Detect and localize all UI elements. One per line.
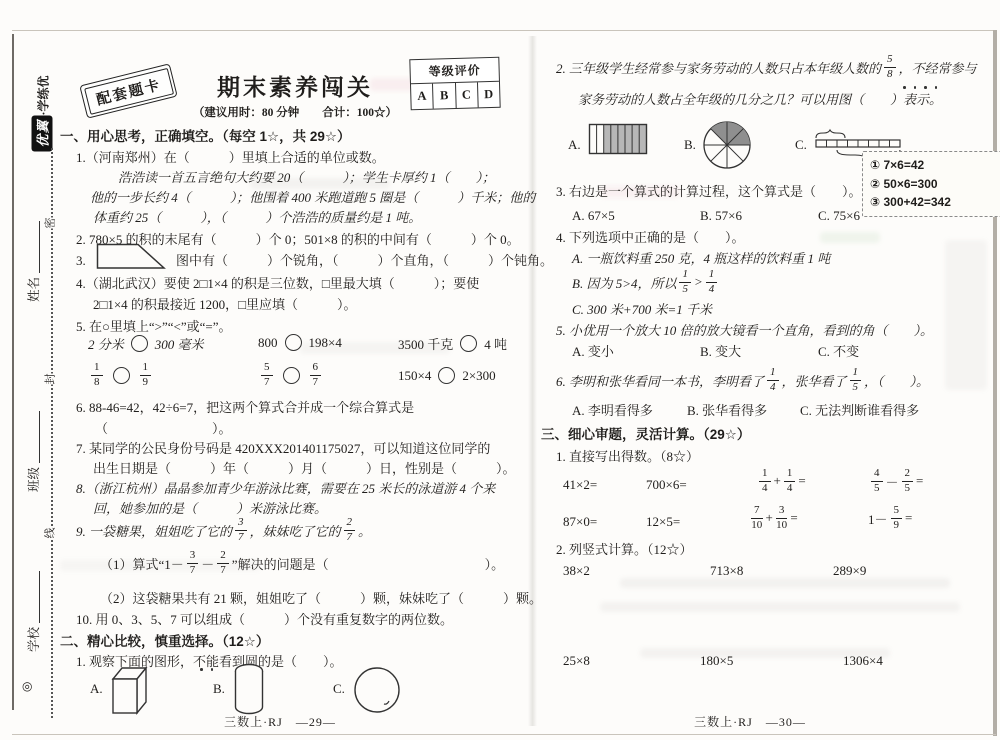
seal-char-1: 密 <box>41 218 59 229</box>
bleed-through-artifact <box>820 232 880 243</box>
q1-line4: 体重约 25（ ），（ ）个浩浩的质量约是 1 吨。 <box>93 209 421 227</box>
q7-line2: 出生日期是（ ）年（ ）月（ ）日，性别是（ ）。 <box>93 460 516 478</box>
calc-step-1: ① 7×6=42 <box>870 156 996 175</box>
compare-circle <box>285 334 302 351</box>
compare-circle <box>113 367 130 384</box>
binding-line <box>51 148 53 718</box>
fraction: 59 <box>891 505 903 531</box>
name-label: 姓名 <box>27 277 41 302</box>
option-b-label: B. <box>213 680 225 698</box>
r-q3-option-a: A. 67×5 <box>572 207 615 225</box>
grade-box-header: 等级评价 <box>410 58 499 84</box>
compare-item-6: 150×42×300 <box>398 367 496 384</box>
bleed-through-artifact <box>620 578 950 588</box>
corner-mark: ◎ <box>22 678 32 694</box>
sphere-figure <box>351 666 403 716</box>
r-q5-option-a: A. 变小 <box>572 343 614 361</box>
name-blank-line <box>39 221 40 273</box>
sec3-q2-heading: 2. 列竖式计算。（12☆） <box>556 541 693 559</box>
sec3-q1-heading: 1. 直接写出得数。（8☆） <box>556 448 699 466</box>
fraction: 45 <box>871 468 883 494</box>
fraction: 14 <box>767 367 779 393</box>
q6-line1: 6. 88-46=42，42÷6=7，把这两个算式合并成一个综合算式是 <box>76 399 414 417</box>
compare-circle <box>438 367 455 384</box>
r-q4-option-c: C. 300 米+700 米=1 千米 <box>572 301 712 319</box>
q9-sub1-line: （1）算式“1－ 37 － 27 ”解决的问题是（ ）。 <box>100 548 504 578</box>
class-field: 班级 <box>24 400 42 492</box>
oral-calc-5: 87×0= <box>563 513 597 531</box>
oral-calc-1: 41×2= <box>563 476 597 494</box>
bleed-through-artifact <box>600 602 960 612</box>
school-label: 学校 <box>27 627 41 652</box>
r-q4-line: 4. 下列选项中正确的是（ ）。 <box>556 229 745 247</box>
option-a-label: A. <box>90 680 103 698</box>
q4-line2: 2□1×4 的积最接近 1200，□里应填（ ）。 <box>93 296 357 314</box>
r-q2-line2: 家务劳动的人数占全年级的几分之几？可以用图（ ）表示。 <box>578 91 942 109</box>
fraction: 27 <box>217 550 229 576</box>
page-top-edge <box>12 30 996 31</box>
r-q2-option-c-label: C. <box>795 136 807 154</box>
r-q3-option-c: C. 75×6 <box>818 207 860 225</box>
fraction-bar-diagram <box>588 123 648 155</box>
r-q2-option-b-label: B. <box>684 136 696 154</box>
r-q6-line: 6. 李明和张华看同一本书，李明看了 14 ，张华看了 15 ，（ ）。 <box>556 364 929 396</box>
brand-logo: 优翼·学练优 <box>32 71 53 157</box>
page-right-edge <box>993 30 997 736</box>
compare-item-5: 57 67 <box>258 362 324 388</box>
compare-circle <box>460 335 477 352</box>
seal-char-3: 线 <box>41 528 59 539</box>
r-q2-line1: 2. 三年级学生经常参与家务劳动的人数只占本年级人数的 58 ，不经常参与 <box>556 52 977 82</box>
vertical-calc-4: 25×8 <box>563 652 590 670</box>
cuboid-figure <box>110 664 150 716</box>
page-left-edge <box>12 34 14 710</box>
r-q3-line: 3. 右边是一个算式的计算过程，这个算式是（ ）。 <box>556 183 862 201</box>
grade-evaluation-box: 等级评价 A B C D <box>409 57 500 110</box>
compare-circle <box>283 367 300 384</box>
emphasis-dots <box>903 86 937 89</box>
fraction: 57 <box>261 362 273 388</box>
r-q2-option-a-label: A. <box>568 136 581 154</box>
page-title: 期末素养闯关 <box>200 72 390 103</box>
fraction: 14 <box>759 468 771 494</box>
grade-cell-d: D <box>477 82 500 108</box>
school-blank-line <box>39 571 40 623</box>
q8-line1: 8.（浙江杭州）晶晶参加青少年游泳比赛，需要在 25 米长的泳道游 4 个来 <box>76 480 495 498</box>
brand-logo-suffix: ·学练优 <box>37 75 51 115</box>
fraction: 27 <box>344 517 356 543</box>
vertical-calc-1: 38×2 <box>563 562 590 580</box>
compare-item-1: 2 分米300 毫米 <box>88 334 204 353</box>
fraction: 58 <box>884 54 896 80</box>
r-q5-line: 5. 小优用一个放大 10 倍的放大镜看一个直角，看到的角（ ）。 <box>556 322 933 340</box>
right-page-footer: 三数上·RJ —30— <box>665 714 835 730</box>
r-q3-option-b: B. 57×6 <box>700 207 742 225</box>
emphasis-dots <box>200 668 213 671</box>
q3-number: 3. <box>76 252 86 270</box>
trapezoid-figure <box>96 243 166 270</box>
r-q5-option-c: C. 不变 <box>818 343 859 361</box>
calc-step-2: ② 50×6=300 <box>870 175 996 194</box>
option-c-label: C. <box>333 680 345 698</box>
fraction: 67 <box>310 362 322 388</box>
seal-char-2: 封 <box>41 374 59 385</box>
school-field: 学校 <box>24 560 42 652</box>
vertical-calc-5: 180×5 <box>700 652 733 670</box>
compare-item-2: 800198×4 <box>258 334 342 351</box>
fraction: 18 <box>91 362 103 388</box>
grade-cell-a: A <box>411 84 433 110</box>
section-1-heading: 一、用心思考，正确填空。（每空 1☆，共 29☆） <box>60 128 350 146</box>
scanned-exam-spread: 优翼·学练优 密 封 线 姓名 班级 学校 ◎ 配套题卡 期末素养闯关 （建议用… <box>0 0 1000 740</box>
r-q6-option-a: A. 李明看得多 <box>572 402 653 420</box>
q7-line1: 7. 某同学的公民身份号码是 420XXX201401175027，可以知道这位… <box>76 440 490 458</box>
brand-logo-box: 优翼 <box>32 116 53 152</box>
page-bottom-edge <box>12 734 996 735</box>
q4-line1: 4.（湖北武汉）要使 2□1×4 的积是三位数，□里最大填（ ）；要使 <box>76 275 479 293</box>
fraction: 19 <box>140 362 152 388</box>
q6-line2: （ ）。 <box>95 420 232 438</box>
compare-circle <box>131 335 148 352</box>
q8-line2: 回，她参加的是（ ）米游泳比赛。 <box>93 500 327 518</box>
r-q6-option-c: C. 无法判断谁看得多 <box>800 402 919 420</box>
fraction: 14 <box>706 269 718 295</box>
oral-calc-3: 14 + 14 = <box>756 466 806 496</box>
center-fold-shadow <box>528 36 537 726</box>
q3-line: 图中有（ ）个锐角，（ ）个直角，（ ）个钝角。 <box>176 252 553 270</box>
bleed-through-artifact <box>945 240 987 390</box>
r-q4-option-a: A. 一瓶饮料重 250 克，4 瓶这样的饮料重 1 吨 <box>572 250 830 268</box>
calc-step-3: ③ 300+42=342 <box>870 193 996 212</box>
compare-item-3: 3500 千克4 吨 <box>398 334 507 353</box>
cylinder-figure <box>233 662 267 716</box>
r-q4-option-b: B. 因为 5>4，所以 15 > 14 <box>572 266 720 298</box>
fraction: 37 <box>235 517 247 543</box>
left-page-footer: 三数上·RJ —29— <box>195 714 365 730</box>
oral-calc-8: 1－ 59 = <box>868 503 912 533</box>
page-subtitle: （建议用时：80 分钟 合计：100☆） <box>175 106 415 122</box>
compare-item-4: 18 19 <box>88 362 154 388</box>
calc-steps-box: ① 7×6=42 ② 50×6=300 ③ 300+42=342 <box>862 151 1000 217</box>
name-field: 姓名 <box>24 210 42 302</box>
fraction: 25 <box>902 468 914 494</box>
q1-line1: 1.（河南郑州）在（ ）里填上合适的单位或数。 <box>76 149 385 167</box>
q5-line: 5. 在○里填上“>”“<”或“=”。 <box>76 318 231 336</box>
vertical-calc-6: 1306×4 <box>843 652 883 670</box>
companion-card-stamp-text: 配套题卡 <box>84 67 174 114</box>
section-2-heading: 二、精心比较，慎重选择。（12☆） <box>60 633 269 651</box>
r-q5-option-b: B. 变大 <box>700 343 741 361</box>
companion-card-stamp: 配套题卡 <box>79 63 177 118</box>
r-q6-option-b: B. 张华看得多 <box>687 402 767 420</box>
oral-calc-2: 700×6= <box>646 476 687 494</box>
q1-line3: 他的一步长约 4（ ）；他围着 400 米跑道跑 5 圈是（ ）千米；他的 <box>90 189 535 207</box>
fraction-circle-diagram <box>702 120 752 170</box>
grade-cell-c: C <box>454 82 477 108</box>
oral-calc-7: 710 + 310 = <box>748 503 798 533</box>
q9-line: 9. 一袋糖果，姐姐吃了它的 37 ，妹妹吃了它的 27 。 <box>76 516 371 544</box>
fraction: 37 <box>187 550 199 576</box>
class-label: 班级 <box>27 467 41 492</box>
vertical-calc-3: 289×9 <box>833 562 866 580</box>
q9-sub2-line: （2）这袋糖果共有 21 颗，姐姐吃了（ ）颗，妹妹吃了（ ）颗。 <box>100 590 542 608</box>
q10-line: 10. 用 0、3、5、7 可以组成（ ）个没有重复数字的两位数。 <box>76 611 453 629</box>
fraction: 710 <box>751 505 763 531</box>
fraction: 15 <box>850 367 862 393</box>
fraction: 310 <box>776 505 788 531</box>
fraction: 15 <box>679 269 691 295</box>
vertical-calc-2: 713×8 <box>710 562 743 580</box>
section-3-heading: 三、细心审题，灵活计算。（29☆） <box>541 426 750 444</box>
grade-cell-b: B <box>432 83 455 109</box>
q1-line2: 浩浩读一首五言绝句大约要 20（ ）；学生卡厚约 1（ ）； <box>118 169 495 187</box>
fraction: 14 <box>784 468 796 494</box>
oral-calc-4: 45 － 25 = <box>868 466 923 496</box>
class-blank-line <box>39 411 40 463</box>
oral-calc-6: 12×5= <box>646 513 680 531</box>
